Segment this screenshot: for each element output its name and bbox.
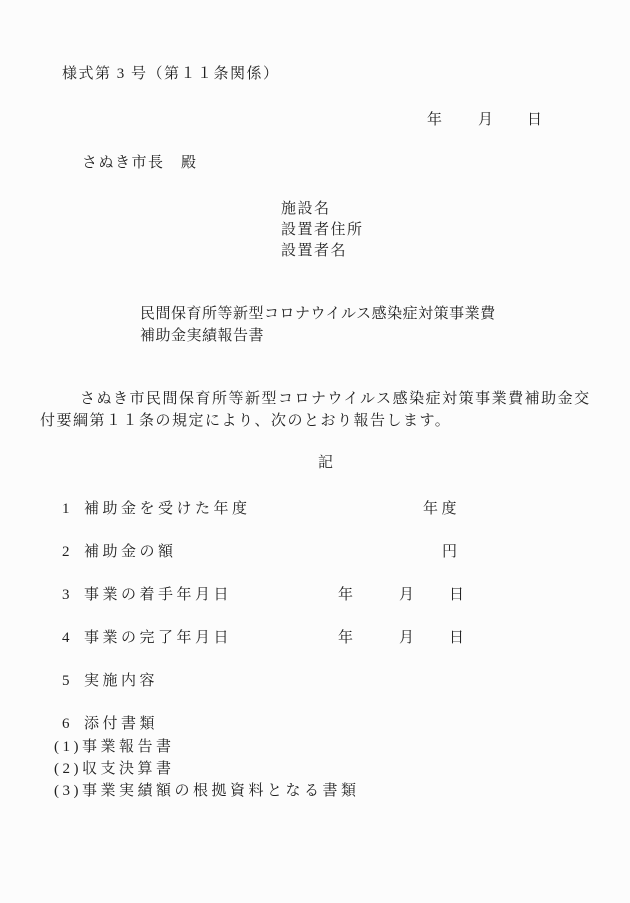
item-1-label: 補助金を受けた年度 [84, 501, 251, 517]
facility-name-label: 施設名 [281, 201, 331, 217]
item-2-label: 補助金の額 [84, 544, 177, 560]
item-4-label: 事業の完了年月日 [84, 630, 232, 646]
item-3-label: 事業の着手年月日 [84, 587, 232, 603]
item-4-day-label: 日 [449, 630, 468, 646]
item-6-number: 6 [62, 716, 73, 732]
item-3-year-label: 年 [338, 587, 357, 603]
item-1-unit: 年度 [423, 501, 460, 517]
item-5-label: 実施内容 [84, 673, 158, 689]
attachment-item-2: (2)収支決算書 [54, 761, 175, 777]
body-paragraph-line1: さぬき市民間保育所等新型コロナウイルス感染症対策事業費補助金交 [80, 391, 591, 407]
body-paragraph-line2: 付要綱第１１条の規定により、次のとおり報告します。 [40, 413, 451, 429]
item-4-number: 4 [62, 630, 73, 646]
date-year-label: 年 [427, 112, 444, 128]
attachment-item-1: (1)事業報告書 [54, 739, 175, 755]
document-title-line1: 民間保育所等新型コロナウイルス感染症対策事業費 [140, 306, 496, 322]
item-6-label: 添付書類 [84, 716, 158, 732]
item-1-number: 1 [62, 501, 73, 517]
item-4-year-label: 年 [338, 630, 357, 646]
ki-marker: 記 [318, 455, 335, 471]
document-title-line2: 補助金実績報告書 [140, 328, 264, 344]
installer-address-label: 設置者住所 [281, 222, 364, 238]
item-2-number: 2 [62, 544, 73, 560]
installer-name-label: 設置者名 [281, 243, 347, 259]
item-3-day-label: 日 [449, 587, 468, 603]
item-3-month-label: 月 [399, 587, 418, 603]
form-number: 様式第 3 号（第１１条関係） [62, 66, 280, 82]
attachment-item-3: (3)事業実績額の根拠資料となる書類 [54, 783, 360, 799]
date-day-label: 日 [527, 112, 544, 128]
report-form-page: 様式第 3 号（第１１条関係） 年 月 日 さぬき市長 殿 施設名 設置者住所 … [0, 0, 630, 903]
addressee: さぬき市長 殿 [82, 155, 198, 171]
item-5-number: 5 [62, 673, 73, 689]
date-month-label: 月 [478, 112, 495, 128]
item-3-number: 3 [62, 587, 73, 603]
item-2-unit: 円 [442, 544, 461, 560]
item-4-month-label: 月 [399, 630, 418, 646]
